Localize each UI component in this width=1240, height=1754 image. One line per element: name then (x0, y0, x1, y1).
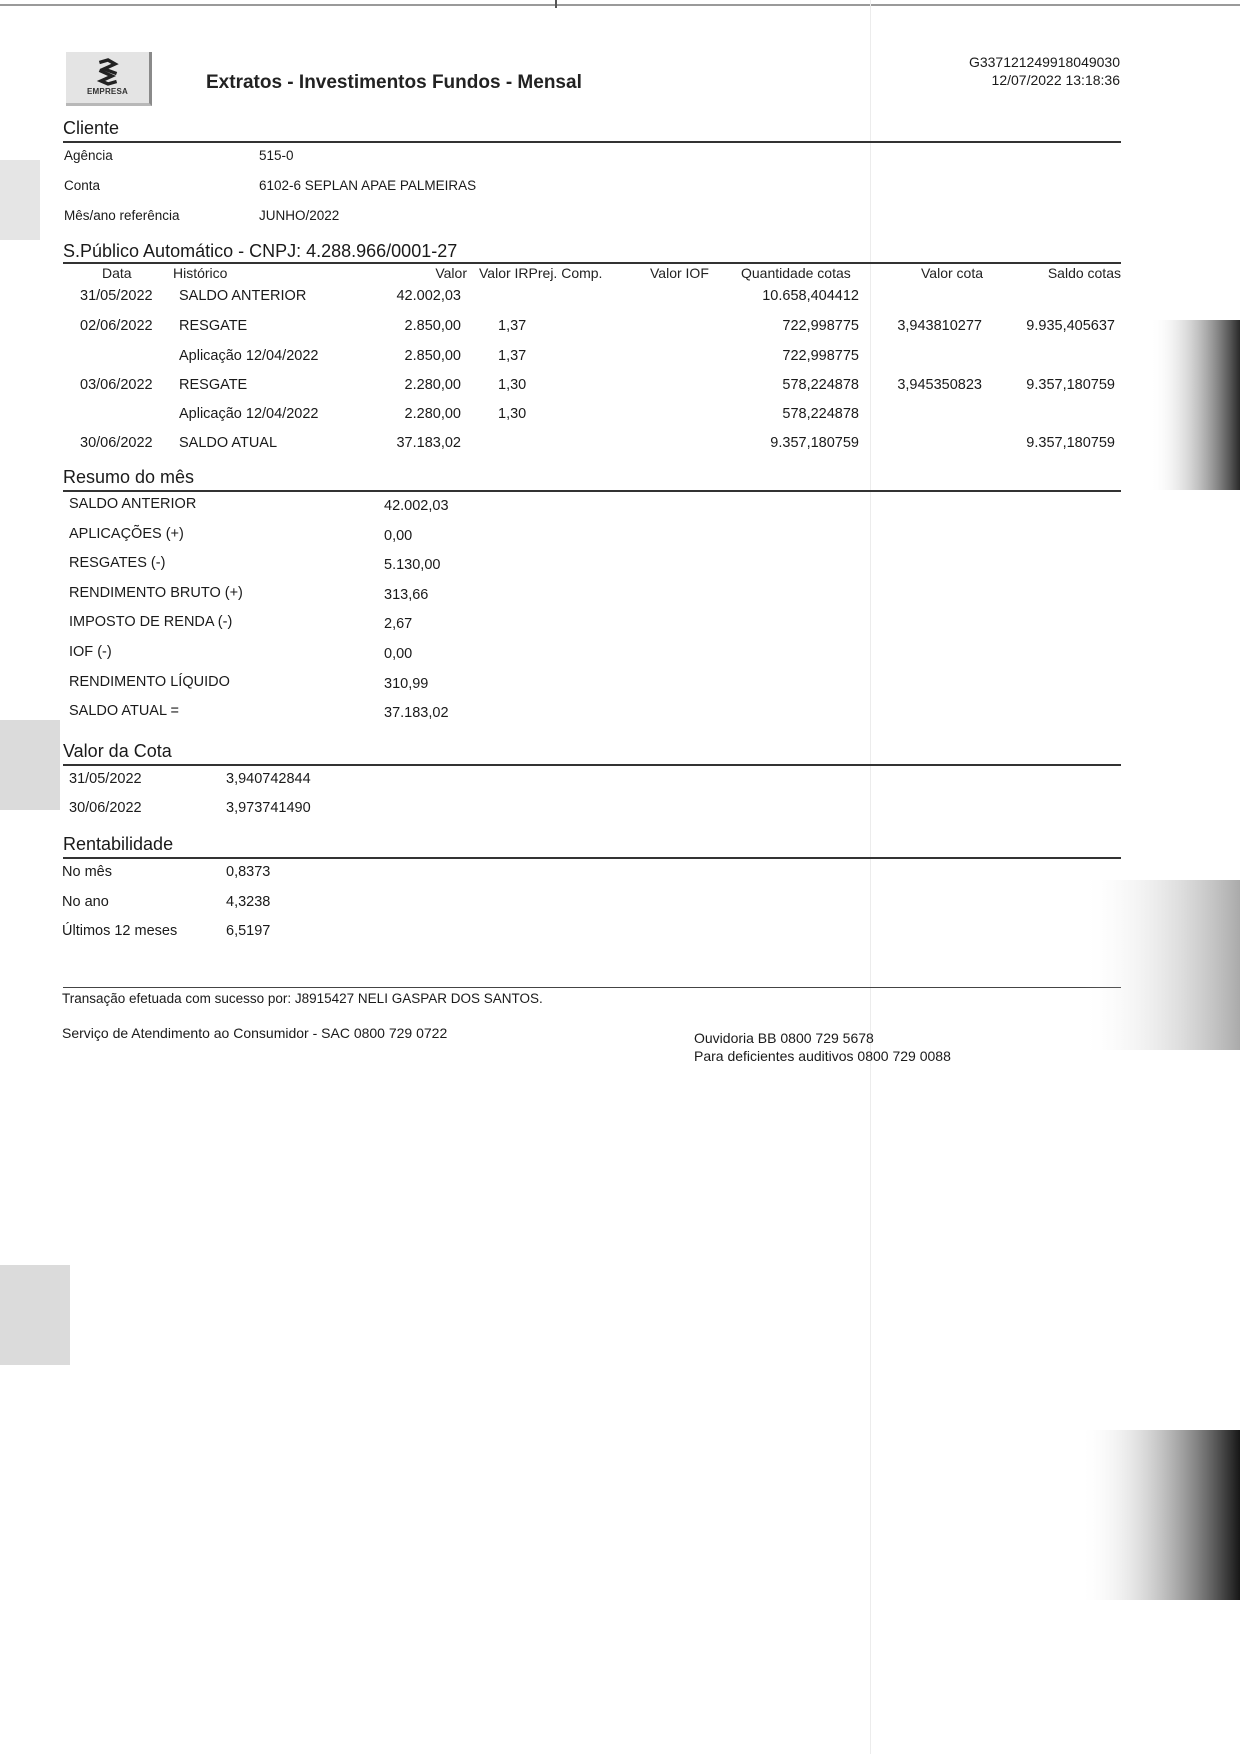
cell-data: 03/06/2022 (80, 377, 153, 393)
cell-historico: RESGATE (179, 377, 247, 393)
rentabilidade-label: Últimos 12 meses (62, 923, 177, 939)
resumo-label: RENDIMENTO BRUTO (+) (69, 585, 243, 601)
cota-value: 3,973741490 (226, 800, 311, 816)
cell-quantidade-cotas: 722,998775 (782, 348, 859, 364)
resumo-value: 0,00 (384, 646, 412, 662)
cell-valor: 2.280,00 (405, 377, 461, 393)
bank-logo: EMPRESA (66, 52, 152, 106)
field-label: Mês/ano referência (64, 208, 180, 223)
divider (63, 490, 1121, 492)
cell-data: 30/06/2022 (80, 435, 153, 451)
column-header: Valor IRPrej. Comp. (479, 265, 602, 281)
column-header: Data (102, 265, 132, 281)
cell-historico: Aplicação 12/04/2022 (179, 406, 318, 422)
resumo-value: 37.183,02 (384, 705, 449, 721)
cell-valor-cota: 3,943810277 (897, 318, 982, 334)
column-header: Saldo cotas (1048, 265, 1121, 281)
field-value: 515-0 (259, 148, 294, 163)
scan-smudge (1080, 1430, 1240, 1600)
rentabilidade-label: No ano (62, 894, 109, 910)
footer-divider (63, 987, 1121, 988)
section-title-fund: S.Público Automático - CNPJ: 4.288.966/0… (63, 241, 457, 262)
scan-smudge (1150, 320, 1240, 490)
scan-smudge (0, 1265, 70, 1365)
resumo-label: RESGATES (-) (69, 555, 165, 571)
resumo-label: SALDO ATUAL = (69, 703, 179, 719)
logo-label: EMPRESA (66, 87, 149, 96)
cell-saldo-cotas: 9.357,180759 (1026, 435, 1115, 451)
scan-top-edge (0, 4, 1240, 6)
cell-valor-cota: 3,945350823 (897, 377, 982, 393)
banco-do-brasil-logo-icon (93, 58, 123, 86)
cota-date: 31/05/2022 (69, 771, 142, 787)
document-title: Extratos - Investimentos Fundos - Mensal (206, 72, 582, 94)
cell-data: 02/06/2022 (80, 318, 153, 334)
transaction-confirmation: Transação efetuada com sucesso por: J891… (62, 991, 543, 1006)
cell-quantidade-cotas: 9.357,180759 (770, 435, 859, 451)
sac-contact: Serviço de Atendimento ao Consumidor - S… (62, 1025, 447, 1041)
cell-quantidade-cotas: 578,224878 (782, 377, 859, 393)
document-datetime: 12/07/2022 13:18:36 (969, 71, 1120, 89)
field-label: Conta (64, 178, 100, 193)
resumo-label: SALDO ANTERIOR (69, 496, 196, 512)
resumo-label: IMPOSTO DE RENDA (-) (69, 614, 232, 630)
cell-ir: 1,30 (498, 406, 526, 422)
divider (63, 857, 1121, 859)
divider (63, 764, 1121, 766)
resumo-label: RENDIMENTO LÍQUIDO (69, 674, 230, 690)
field-value: 6102-6 SEPLAN APAE PALMEIRAS (259, 178, 476, 193)
rentabilidade-label: No mês (62, 864, 112, 880)
rentabilidade-value: 6,5197 (226, 923, 270, 939)
resumo-label: IOF (-) (69, 644, 112, 660)
column-header: Histórico (173, 265, 227, 281)
cell-valor: 2.280,00 (405, 406, 461, 422)
cell-valor: 2.850,00 (405, 348, 461, 364)
field-label: Agência (64, 148, 113, 163)
section-title-valor-cota: Valor da Cota (63, 741, 172, 762)
document-id: G337121249918049030 (969, 53, 1120, 71)
cell-data: 31/05/2022 (80, 288, 153, 304)
resumo-value: 313,66 (384, 587, 428, 603)
divider (63, 262, 1121, 264)
cell-valor: 37.183,02 (396, 435, 461, 451)
section-title-resumo: Resumo do mês (63, 467, 194, 488)
cell-historico: SALDO ANTERIOR (179, 288, 306, 304)
resumo-value: 5.130,00 (384, 557, 440, 573)
rentabilidade-value: 0,8373 (226, 864, 270, 880)
resumo-value: 2,67 (384, 616, 412, 632)
cell-historico: SALDO ATUAL (179, 435, 277, 451)
cell-quantidade-cotas: 722,998775 (782, 318, 859, 334)
scan-top-tick (555, 0, 557, 8)
document-meta: G337121249918049030 12/07/2022 13:18:36 (969, 53, 1120, 89)
column-header: Valor cota (921, 265, 983, 281)
cell-ir: 1,30 (498, 377, 526, 393)
resumo-value: 0,00 (384, 528, 412, 544)
rentabilidade-value: 4,3238 (226, 894, 270, 910)
ouvidoria-phone: Ouvidoria BB 0800 729 5678 (694, 1029, 951, 1047)
field-value: JUNHO/2022 (259, 208, 339, 223)
cell-ir: 1,37 (498, 318, 526, 334)
cell-valor: 2.850,00 (405, 318, 461, 334)
cell-quantidade-cotas: 10.658,404412 (762, 288, 859, 304)
ouvidoria-contacts: Ouvidoria BB 0800 729 5678 Para deficien… (694, 1029, 951, 1065)
cell-valor: 42.002,03 (396, 288, 461, 304)
column-header: Valor (435, 265, 467, 281)
cell-quantidade-cotas: 578,224878 (782, 406, 859, 422)
scan-smudge (1080, 880, 1240, 1050)
section-title-rentabilidade: Rentabilidade (63, 834, 173, 855)
resumo-label: APLICAÇÕES (+) (69, 526, 184, 542)
cell-saldo-cotas: 9.935,405637 (1026, 318, 1115, 334)
cell-historico: RESGATE (179, 318, 247, 334)
resumo-value: 42.002,03 (384, 498, 449, 514)
resumo-value: 310,99 (384, 676, 428, 692)
column-header: Quantidade cotas (741, 265, 851, 281)
scan-smudge (0, 720, 60, 810)
deficientes-auditivos-phone: Para deficientes auditivos 0800 729 0088 (694, 1047, 951, 1065)
cota-date: 30/06/2022 (69, 800, 142, 816)
section-title-cliente: Cliente (63, 118, 119, 139)
cell-saldo-cotas: 9.357,180759 (1026, 377, 1115, 393)
divider (63, 141, 1121, 143)
scan-smudge (0, 160, 40, 240)
column-header: Valor IOF (650, 265, 709, 281)
cell-ir: 1,37 (498, 348, 526, 364)
cota-value: 3,940742844 (226, 771, 311, 787)
cell-historico: Aplicação 12/04/2022 (179, 348, 318, 364)
